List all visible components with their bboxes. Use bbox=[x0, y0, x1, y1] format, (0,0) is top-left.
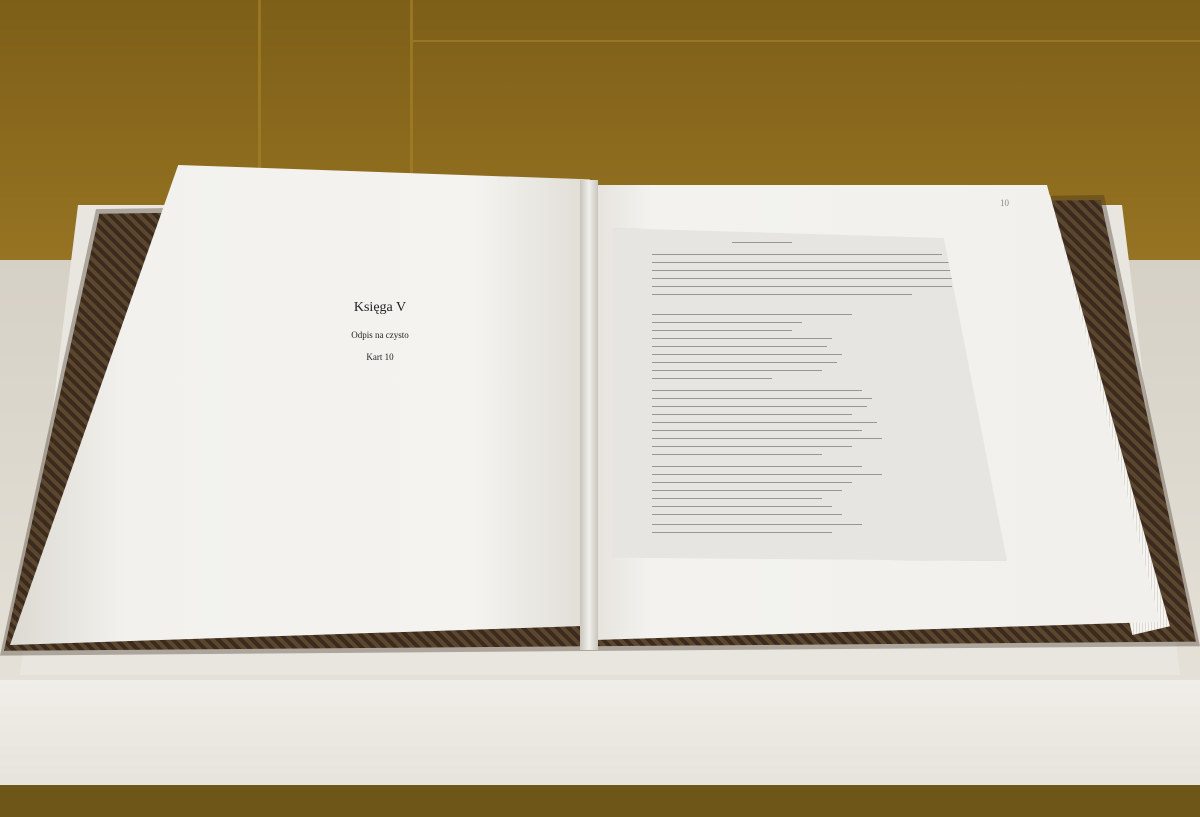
wall-panel-edge bbox=[410, 0, 413, 200]
handwriting-line bbox=[652, 286, 952, 287]
handwriting-line bbox=[652, 514, 842, 515]
handwriting-line bbox=[652, 414, 852, 415]
handwriting-line bbox=[652, 506, 832, 507]
handwriting-line bbox=[652, 278, 962, 279]
handwriting-line bbox=[652, 454, 822, 455]
handwriting-line bbox=[652, 390, 862, 391]
handwriting-line bbox=[652, 354, 842, 355]
handwriting-line bbox=[652, 406, 867, 407]
book-count: Kart 10 bbox=[300, 352, 460, 362]
handwriting-line bbox=[652, 262, 952, 263]
handwriting-line bbox=[652, 270, 957, 271]
handwriting-line bbox=[652, 490, 842, 491]
handwriting-line bbox=[652, 330, 792, 331]
book-title: Księga V bbox=[300, 300, 460, 316]
handwriting-line bbox=[652, 498, 822, 499]
handwriting-line bbox=[652, 322, 802, 323]
book-subtitle: Odpis na czysto bbox=[300, 330, 460, 340]
handwriting-line bbox=[652, 524, 862, 525]
handwriting-line bbox=[652, 398, 872, 399]
page-number: 10 bbox=[1000, 198, 1009, 208]
handwriting-line bbox=[652, 422, 877, 423]
handwriting-line bbox=[652, 346, 827, 347]
handwriting-line bbox=[732, 242, 792, 243]
handwriting-line bbox=[652, 338, 832, 339]
title-block: Księga V Odpis na czysto Kart 10 bbox=[300, 300, 460, 362]
handwriting-line bbox=[652, 370, 822, 371]
handwriting-line bbox=[652, 474, 882, 475]
handwriting-line bbox=[652, 430, 862, 431]
manuscript-facsimile bbox=[612, 228, 1007, 561]
book-spine bbox=[580, 180, 598, 650]
handwriting-line bbox=[652, 294, 912, 295]
handwriting-line bbox=[652, 362, 837, 363]
handwriting-line bbox=[652, 446, 852, 447]
wall-panel-edge bbox=[413, 40, 1200, 42]
handwriting-line bbox=[652, 482, 852, 483]
handwriting-line bbox=[652, 254, 942, 255]
handwriting-line bbox=[652, 532, 832, 533]
floor bbox=[0, 785, 1200, 817]
handwriting-line bbox=[652, 438, 882, 439]
handwriting-line bbox=[652, 466, 862, 467]
handwriting-line bbox=[652, 314, 852, 315]
handwriting-line bbox=[652, 378, 772, 379]
pedestal-front bbox=[0, 680, 1200, 790]
